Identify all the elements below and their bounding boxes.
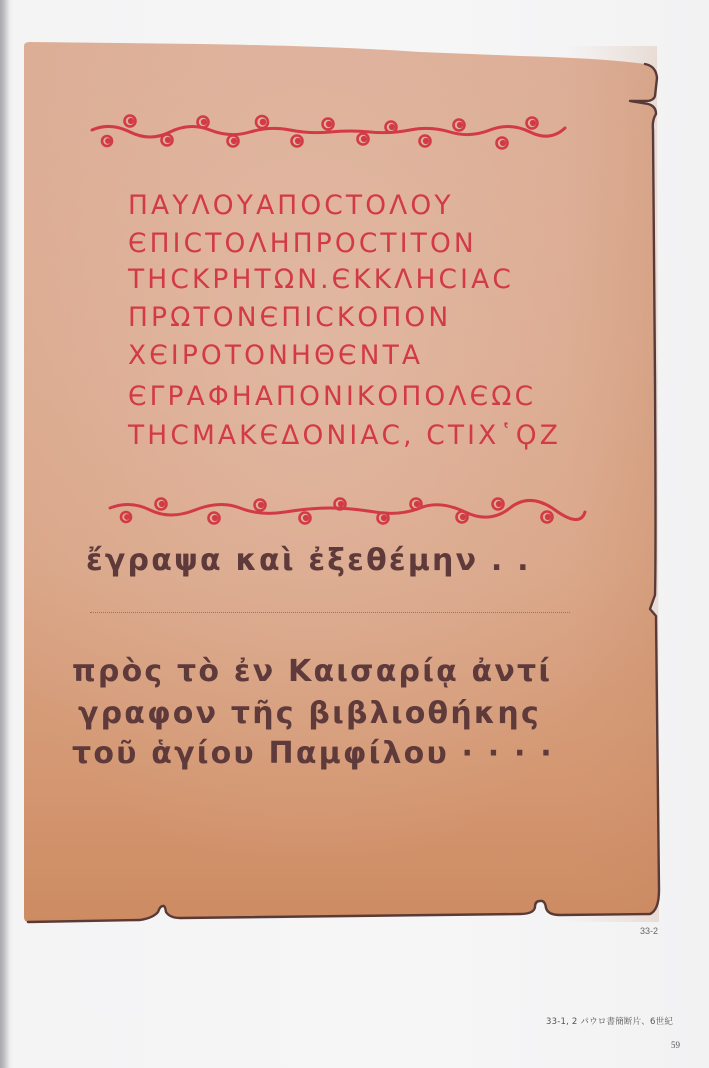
- title-line: ΠΡΩΤΟΝЄΠΙСΚΟΠΟΝ: [128, 303, 451, 333]
- title-line: ΧЄΙΡΟΤΟΝΗΘЄΝΤΑ: [128, 341, 423, 371]
- dotted-rule: [90, 612, 570, 613]
- title-line: ΤΗСΜΑΚЄΔΟΝΙΑС, СΤΙΧ῾ϘΖ: [128, 421, 561, 451]
- colophon-line: γραφον τῆς βιβλιοθήκης: [78, 697, 541, 731]
- title-line: ΠΑΥΛΟΥΑΠΟСΤΟΛΟΥ: [128, 191, 454, 221]
- figure-caption: 33-1, 2 パウロ書簡断片、6世紀: [546, 1015, 673, 1027]
- title-line: ΤΗСΚΡΗΤΩΝ.ЄΚΚΛΗСΙΑС: [128, 265, 514, 295]
- page-number: 59: [671, 1040, 680, 1050]
- title-line: ЄΠΙСΤΟΛΗΠΡΟСΤΙΤΟΝ: [128, 229, 477, 259]
- plate-number: 33-2: [640, 926, 658, 936]
- colophon-line: τοῦ ἁγίου Παμφίλου · · · ·: [72, 737, 554, 771]
- title-line: ЄΓΡΑΦΗΑΠΟΝΙΚΟΠΟΛЄΩС: [128, 382, 536, 412]
- parchment-sheet: [0, 0, 709, 1068]
- colophon-line: πρὸς τὸ ἐν Καισαρίᾳ ἀντί: [72, 655, 552, 689]
- subscription-line: ἔγραψα καὶ ἐξεθέμην . .: [86, 544, 531, 578]
